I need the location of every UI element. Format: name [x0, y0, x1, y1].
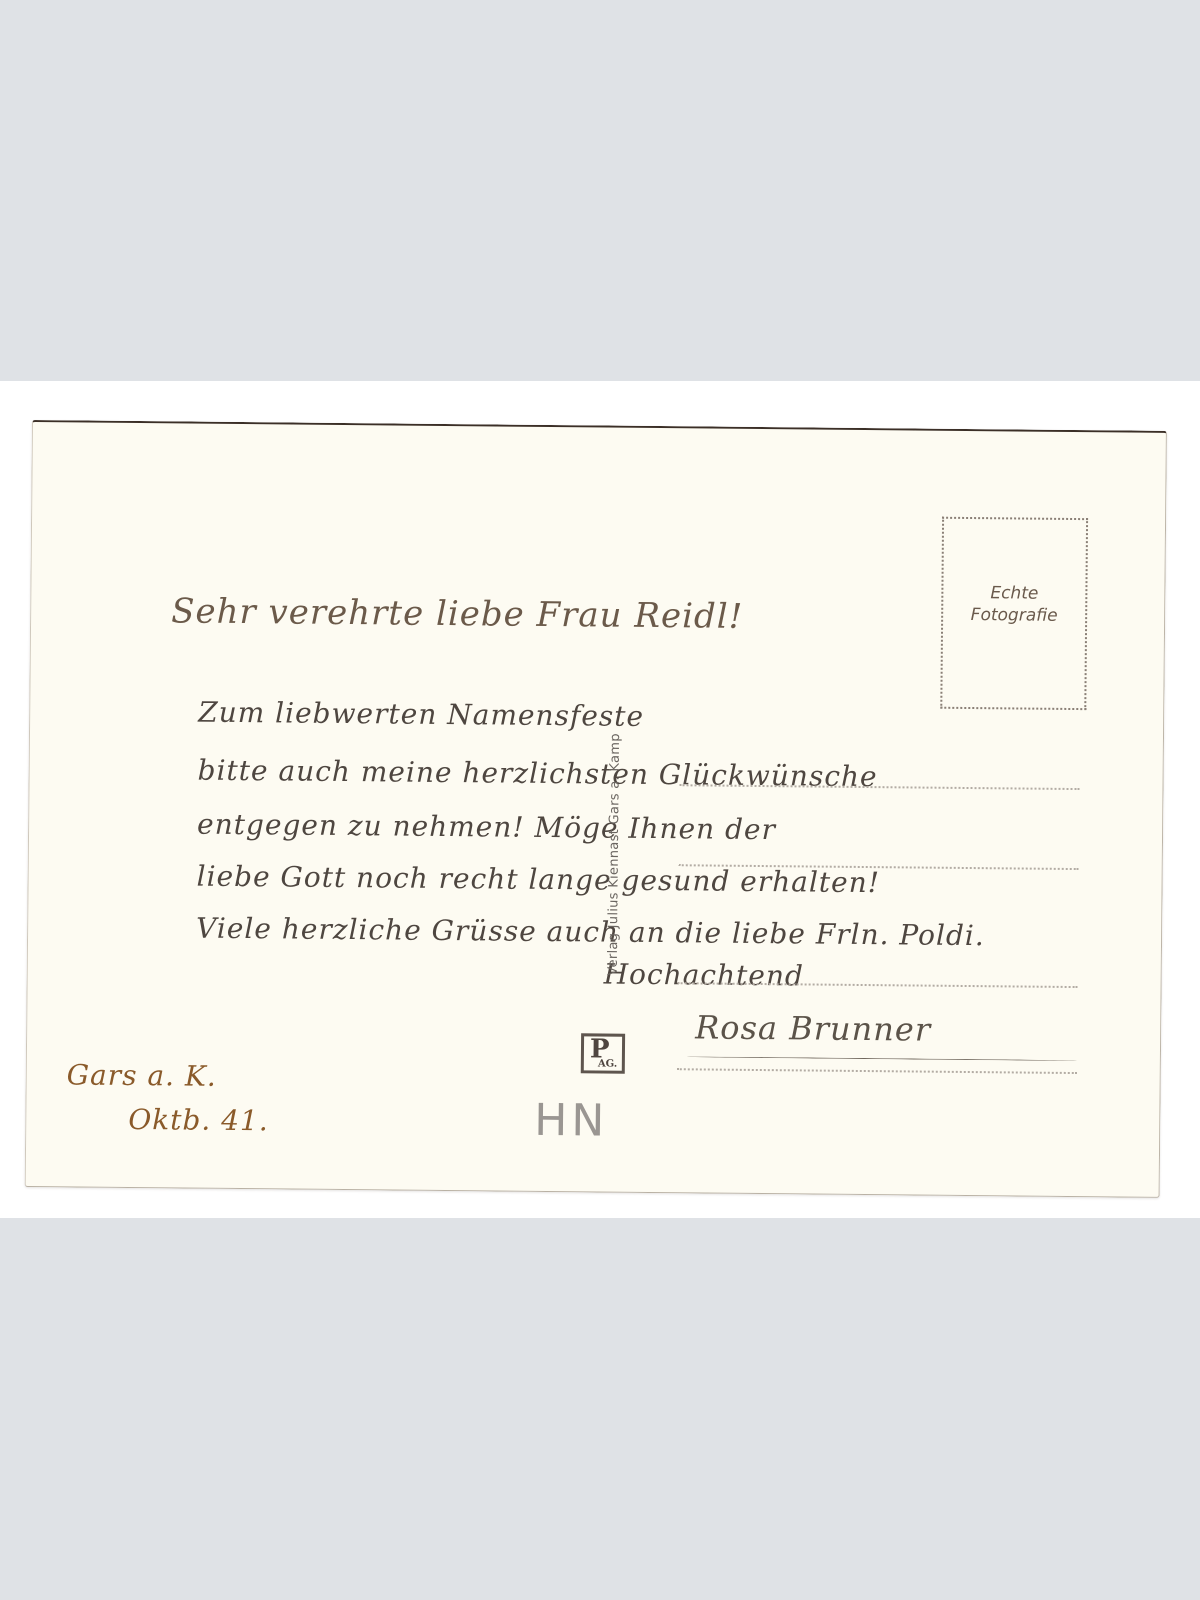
greeting-text: Sehr verehrte liebe Frau Reidl!	[171, 591, 743, 636]
publisher-imprint: Verlag Julius Kiennast Gars a. Kamp	[606, 733, 623, 976]
logo-subtext: AG.	[598, 1058, 618, 1069]
closing-text: Hochachtend	[604, 958, 804, 993]
message-line-5: Viele herzliche Grüsse auch an die liebe…	[196, 912, 985, 953]
stamp-box: Echte Fotografie	[940, 517, 1088, 710]
stamp-box-line-1: Echte	[943, 583, 1085, 604]
message-line-3: entgegen zu nehmen! Möge Ihnen der	[197, 808, 776, 847]
pencil-mark: HN	[534, 1095, 608, 1147]
place-text: Gars a. K.	[67, 1058, 217, 1092]
stamp-box-line-2: Fotografie	[943, 605, 1085, 626]
address-line-4	[677, 1068, 1077, 1074]
publisher-logo-icon: P AG.	[581, 1033, 625, 1073]
postcard: Sehr verehrte liebe Frau Reidl! Zum lieb…	[25, 420, 1167, 1198]
message-line-1: Zum liebwerten Namensfeste	[198, 696, 644, 733]
signature: Rosa Brunner	[695, 1008, 931, 1048]
date-text: Oktb. 41.	[128, 1103, 269, 1137]
message-line-2: bitte auch meine herzlichsten Glückwünsc…	[197, 754, 877, 794]
signature-underline	[687, 1056, 1077, 1061]
